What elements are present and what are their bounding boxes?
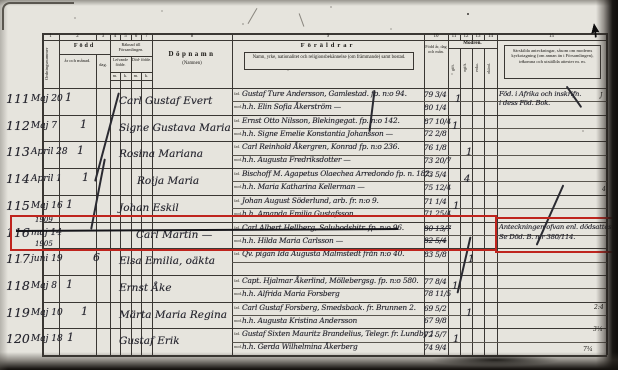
margin-mark: 7¾ [583,346,593,353]
father-entry: Gustaf Ture Andersson, Gamlestad. fp. n:… [242,89,407,98]
father-prefix: fad. [234,91,240,96]
mother-column-mark: 1 [466,308,472,319]
father-birthdate: 76 1/8 [424,143,446,152]
father-prefix: fad. [234,198,240,203]
mother-entry: h.h. Augusta Kristina Andersson [242,316,357,325]
header-parents: Föräldrar [232,42,424,49]
mother-prefix: mod. [234,344,242,349]
father-prefix: fad. [234,171,240,176]
mother-entry: h.h. Maria Katharina Kellerman — [242,182,365,191]
tally-mark: 1 [81,305,88,318]
header-stillborn: Död- födde. [131,58,152,63]
father-birthdate: 87 10/4 [424,117,451,126]
mother-prefix: mod. [234,291,242,296]
header-parents-sub-box: Namn, yrke, nationalitet och religionsbe… [244,52,414,70]
header-mother-col: gift. [450,50,459,86]
mother-column-mark: 1 [468,254,474,265]
baptism-name: Carl Gustaf Evert [119,95,212,107]
father-prefix: fad. [234,278,240,283]
column-number: 15 [497,34,606,39]
father-entry: Gustaf Sixten Mauritz Brandelius, Telegr… [242,329,436,338]
father-prefix: fad. [234,331,240,336]
column-number: 7 [141,34,152,39]
header-mother-col: okänd. [486,50,495,86]
mother-column-mark: 4 [464,174,470,185]
margin-mark: 2:4 [594,304,604,311]
mother-column-mark: 1 [453,201,459,212]
column-number: 13 [472,34,484,39]
baptism-name: Märta Maria Regina [119,309,227,321]
tally-mark: 1 [65,91,72,104]
scan-edge-top [0,0,618,6]
entry-number: 114 [6,171,30,186]
header-notes: Särskilda anteckningar, såsom om moderns… [508,48,597,64]
entry-date: Maj 20 [31,94,63,104]
column-number: 11 [448,34,460,39]
entry-date: Maj 7 [31,121,57,131]
column-number: 4 [110,34,120,39]
mother-column-mark: 1 [466,147,472,158]
margin-mark: 4 [602,186,606,193]
header-counted-to-parish: Räknad till Församlingen. [110,42,152,52]
margin-mark: J [600,92,602,99]
father-birthdate: 71 1/4 [424,197,446,206]
scan-scratch [299,13,305,26]
entry-number: 119 [6,305,30,320]
scan-frame-corner [2,2,74,30]
header-mother-col: enka. [474,50,483,86]
column-number: 12 [460,34,472,39]
entry-number: 118 [6,278,30,293]
mother-prefix: mod. [234,157,242,162]
column-number: 2 [59,34,96,39]
father-prefix: fad. [234,144,240,149]
father-birthdate: 73 5/4 [424,170,446,179]
header-parent-birthdate: Född år, dag och mån. [425,44,447,54]
header-parents-sub: Namn, yrke, nationalitet och religionsbe… [249,55,409,61]
mother-column-mark: 1 [455,94,461,105]
entry-number: 115 [6,198,30,213]
baptism-name: Johan Eskil [119,202,179,214]
column-number: 5 [120,34,131,39]
header-baptism-name: Döpnamn [152,50,232,58]
father-entry: Qv. pigan Ida Augusta Malmstedt från n:o… [242,249,404,258]
header-born-day: dag. [96,62,110,67]
margin-mark: 3¼ [593,326,603,333]
entry-number: 111 [6,91,30,106]
baptism-name: Ernst Åke [119,282,172,294]
father-birthdate: 79 3/4 [424,90,446,99]
tally-mark: 1 [77,144,84,157]
mother-entry: h.h. Elin Sofia Åkerström — [242,102,341,111]
register-row: 120 Maj 18 1 Gustaf Erik fad. Gustaf Six… [0,328,618,355]
mother-birthdate: 67 9/8 [424,316,446,325]
mother-entry: h.h. Gerda Wilhelmina Åkerberg [242,342,358,351]
register-row: 114 April 1 1 Roija Maria fad. Bischoff … [0,168,618,195]
father-entry: Johan August Söderlund, arb. fr. n:o 9. [242,196,379,205]
entry-number: 113 [6,144,30,159]
mother-prefix: mod. [234,131,242,136]
father-birthdate: 77 8/4 [424,277,446,286]
father-birthdate: 72 5/7 [424,330,446,339]
mother-birthdate: 72 2/8 [424,129,446,138]
scanned-register-page: 1 2 3 4 5 6 7 8 9 10 11 12 13 14 15 Ordn… [0,0,618,370]
header-born: Född [59,43,110,49]
header-male: m. [131,73,141,78]
column-number: 8 [152,34,232,39]
entry-number: 120 [6,331,30,346]
tally-mark: 1 [67,331,74,344]
header-notes-box: Särskilda anteckningar, såsom om moderns… [504,45,601,79]
mother-prefix: mod. [234,104,242,109]
highlight-box-entry [10,215,497,251]
mother-column-mark: 1 [453,334,459,345]
father-birthdate: 83 5/8 [424,250,446,259]
mother-prefix: mod. [234,318,242,323]
mother-birthdate: 75 12/4 [424,183,451,192]
baptism-name: Roija Maria [137,175,199,187]
column-number: 14 [484,34,497,39]
father-entry: Bischoff M. Agapetus Olaechea Arredondo … [242,169,432,178]
tally-mark: 1 [66,278,73,291]
register-row: 118 Maj 8 1 Ernst Åke fad. Capt. Hjalmar… [0,275,618,302]
register-row: 112 Maj 7 1 Signe Gustava Maria fad. Ern… [0,115,618,142]
header-born-month: år och månad. [60,58,95,63]
mother-entry: h.h. Alfrida Maria Forsberg [242,289,339,298]
entry-date: juni 19 [31,254,63,264]
column-number: 6 [131,34,141,39]
father-entry: Capt. Hjalmar Åkerlind, Möllebergsg. fp.… [242,276,418,285]
tally-mark: 1 [82,171,89,184]
header-mother-col: ogift. [462,50,471,86]
father-entry: Carl Gustaf Forsberg, Smedsback. fr. Bru… [242,303,416,312]
register-row: 113 April 28 1 Rosina Mariana fad. Carl … [0,141,618,168]
father-birthdate: 69 5/2 [424,304,446,313]
register-row: 119 Maj 10 1 Märta Maria Regina fad. Car… [0,302,618,329]
mother-birthdate: 80 1/4 [424,103,446,112]
header-female: k. [120,73,131,78]
header-male: m. [110,73,120,78]
baptism-name: Rosina Mariana [119,148,203,160]
note-line: i dess Föd. Bok. [499,99,550,107]
mother-entry: h.h. Augusta Fredriksdotter — [242,155,351,164]
father-prefix: fad. [234,305,240,310]
header-ordinal-number: Ordningsnummer [44,42,58,86]
scan-scratch [248,8,258,24]
father-prefix: fad. [234,118,240,123]
father-prefix: fad. [234,251,240,256]
father-entry: Carl Reinhold Åkergren, Konrad fp. n:o 2… [242,142,399,151]
mother-birthdate: 78 11/5 [424,289,451,298]
baptism-name: Signe Gustava Maria [119,122,231,134]
entry-date: April 1 [31,174,62,184]
entry-number: 112 [6,118,30,133]
mother-birthdate: 74 9/4 [424,343,446,352]
entry-date: April 28 [31,147,68,157]
mother-column-mark: 1 [452,121,458,132]
column-number: 3 [96,34,110,39]
column-number: 1 [42,34,59,39]
header-mother: Modren. [448,41,497,46]
highlight-box-notes [495,217,618,253]
tally-mark: 6 [93,251,100,264]
column-number: 9 [232,34,424,39]
entry-date: Maj 8 [31,281,57,291]
entry-date: Maj 18 [31,334,63,344]
entry-date: Maj 16 [31,201,63,211]
father-entry: Ernst Otto Nilsson, Blekingegat. fp. n:o… [242,116,400,125]
entry-date: Maj 10 [31,308,63,318]
mother-prefix: mod. [234,184,242,189]
header-baptism-name-sub: (Namnen) [152,61,232,66]
mother-birthdate: 73 20/7 [424,156,451,165]
register-row: 111 Maj 20 1 Carl Gustaf Evert fad. Gust… [0,88,618,115]
baptism-name: Elsa Emilia, oäkta [119,255,215,267]
tally-mark: 1 [80,118,87,131]
header-live-born: Lefvande födde. [110,58,131,68]
column-number: 10 [424,34,448,39]
entry-number: 117 [6,251,30,266]
baptism-name: Gustaf Erik [119,335,180,347]
tally-mark: 1 [66,198,73,211]
header-female: k. [141,73,152,78]
